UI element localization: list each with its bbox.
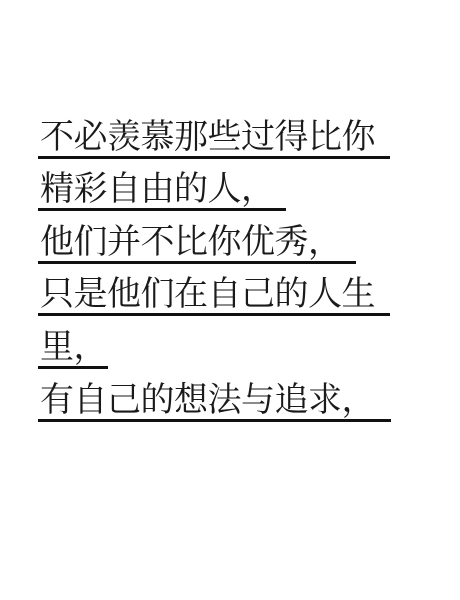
- underline-6: [38, 419, 391, 422]
- poem-line-4: 只是他们在自己的人生: [40, 274, 375, 318]
- poem-line-2: 精彩自由的人，: [40, 169, 275, 213]
- poem-line-6: 有自己的想法与追求，: [40, 380, 375, 424]
- underline-4: [38, 313, 390, 316]
- underline-2: [38, 208, 286, 211]
- poem-line-1: 不必羡慕那些过得比你: [40, 117, 375, 161]
- underline-1: [38, 156, 390, 159]
- poem-line-3: 他们并不比你优秀，: [40, 222, 342, 266]
- underline-5: [38, 366, 108, 369]
- underline-3: [38, 261, 356, 264]
- poem-line-5: 里，: [40, 327, 107, 371]
